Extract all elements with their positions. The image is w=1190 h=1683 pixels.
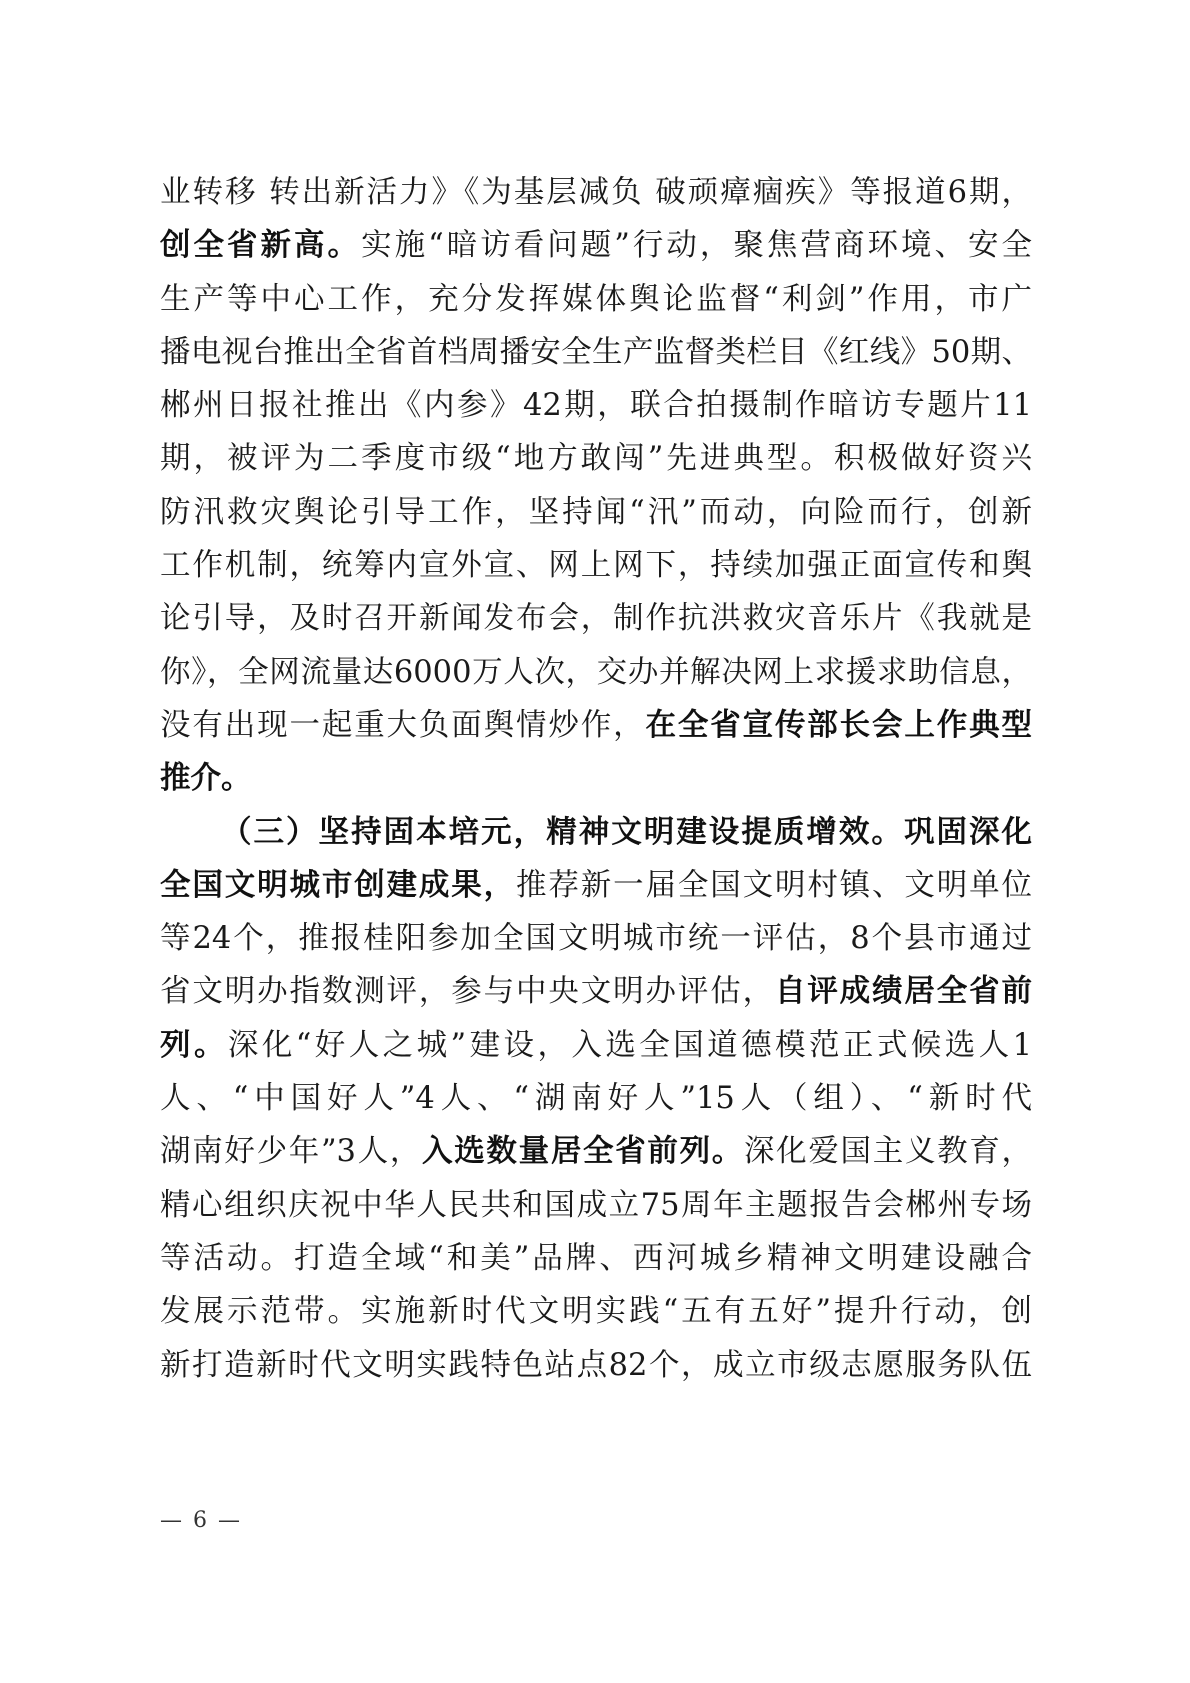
text-line: 全国文明城市创建成果，推荐新一届全国文明村镇、文明单位 <box>160 859 1032 912</box>
text-run: 生产等中心工作，充分发挥媒体舆论监督“利剑”作用，市广 <box>160 282 1032 317</box>
text-run: 推荐新一届全国文明村镇、文明单位 <box>516 868 1032 903</box>
bold-text-run: 列。 <box>160 1028 228 1063</box>
text-run: 等活动。打造全域“和美”品牌、西河城乡精神文明建设融合 <box>160 1241 1032 1276</box>
bold-text-run: 创全省新高。 <box>160 228 361 263</box>
text-line: 生产等中心工作，充分发挥媒体舆论监督“利剑”作用，市广 <box>160 273 1032 326</box>
text-line: 湖南好少年”3人，入选数量居全省前列。深化爱国主义教育， <box>160 1125 1032 1178</box>
text-line: 推介。 <box>160 752 1032 805</box>
bold-text-run: 入选数量居全省前列。 <box>422 1134 744 1169</box>
text-line: 论引导，及时召开新闻发布会，制作抗洪救灾音乐片《我就是 <box>160 592 1032 645</box>
text-line: 等活动。打造全域“和美”品牌、西河城乡精神文明建设融合 <box>160 1232 1032 1285</box>
text-line: 期，被评为二季度市级“地方敢闯”先进典型。积极做好资兴 <box>160 432 1032 485</box>
text-run: 湖南好少年”3人， <box>160 1134 422 1169</box>
bold-text-run: 全国文明城市创建成果， <box>160 868 516 903</box>
text-line: 发展示范带。实施新时代文明实践“五有五好”提升行动，创 <box>160 1285 1032 1338</box>
text-run: 播电视台推出全省首档周播安全生产监督类栏目《红线》50期、 <box>160 335 1032 370</box>
text-line: 精心组织庆祝中华人民共和国成立75周年主题报告会郴州专场 <box>160 1179 1032 1232</box>
text-line: 等24个，推报桂阳参加全国文明城市统一评估，8个县市通过 <box>160 912 1032 965</box>
text-run: 实施“暗访看问题”行动，聚焦营商环境、安全 <box>361 228 1032 263</box>
text-run: 郴州日报社推出《内参》42期，联合拍摄制作暗访专题片11 <box>160 388 1032 423</box>
text-line: 列。深化“好人之城”建设，入选全国道德模范正式候选人1 <box>160 1019 1032 1072</box>
text-run: 没有出现一起重大负面舆情炒作， <box>160 708 645 743</box>
text-run: 省文明办指数测评，参与中央文明办评估， <box>160 974 775 1009</box>
text-run: 业转移 转出新活力》《为基层减负 破顽瘴痼疾》等报道6期， <box>160 175 1032 210</box>
text-run: 深化“好人之城”建设，入选全国道德模范正式候选人1 <box>228 1028 1032 1063</box>
text-line: 你》，全网流量达6000万人次，交办并解决网上求援求助信息， <box>160 646 1032 699</box>
text-line: 省文明办指数测评，参与中央文明办评估，自评成绩居全省前 <box>160 965 1032 1018</box>
text-run: 你》，全网流量达6000万人次，交办并解决网上求援求助信息， <box>160 655 1032 690</box>
text-line: 新打造新时代文明实践特色站点82个，成立市级志愿服务队伍 <box>160 1339 1032 1392</box>
page-number: — 6 — <box>160 1508 242 1533</box>
text-run: 精心组织庆祝中华人民共和国成立75周年主题报告会郴州专场 <box>160 1188 1032 1223</box>
text-run: 深化爱国主义教育， <box>744 1134 1032 1169</box>
bold-text-run: 在全省宣传部长会上作典型 <box>645 708 1032 743</box>
text-line: 播电视台推出全省首档周播安全生产监督类栏目《红线》50期、 <box>160 326 1032 379</box>
text-run: 等24个，推报桂阳参加全国文明城市统一评估，8个县市通过 <box>160 921 1032 956</box>
text-run: 防汛救灾舆论引导工作，坚持闻“汛”而动，向险而行，创新 <box>160 495 1032 530</box>
text-line: 创全省新高。实施“暗访看问题”行动，聚焦营商环境、安全 <box>160 219 1032 272</box>
text-run: 工作机制，统筹内宣外宣、网上网下，持续加强正面宣传和舆 <box>160 548 1032 583</box>
text-line: 没有出现一起重大负面舆情炒作，在全省宣传部长会上作典型 <box>160 699 1032 752</box>
bold-text-run: 自评成绩居全省前 <box>775 974 1032 1009</box>
section-heading: （三）坚持固本培元，精神文明建设提质增效。 <box>221 815 904 850</box>
text-line: 业转移 转出新活力》《为基层减负 破顽瘴痼疾》等报道6期， <box>160 166 1032 219</box>
text-run: 人、“中国好人”4人、“湖南好人”15人（组）、“新时代 <box>160 1081 1032 1116</box>
text-run: 论引导，及时召开新闻发布会，制作抗洪救灾音乐片《我就是 <box>160 601 1032 636</box>
document-body: 业转移 转出新活力》《为基层减负 破顽瘴痼疾》等报道6期， 创全省新高。实施“暗… <box>160 166 1032 1392</box>
text-run: 期，被评为二季度市级“地方敢闯”先进典型。积极做好资兴 <box>160 441 1032 476</box>
text-run: 新打造新时代文明实践特色站点82个，成立市级志愿服务队伍 <box>160 1348 1032 1383</box>
bold-text-run: 巩固深化 <box>904 815 1032 850</box>
text-run: 发展示范带。实施新时代文明实践“五有五好”提升行动，创 <box>160 1294 1032 1329</box>
text-line: 郴州日报社推出《内参》42期，联合拍摄制作暗访专题片11 <box>160 379 1032 432</box>
text-line: 防汛救灾舆论引导工作，坚持闻“汛”而动，向险而行，创新 <box>160 486 1032 539</box>
bold-text-run: 推介。 <box>160 761 252 796</box>
section-heading-line: （三）坚持固本培元，精神文明建设提质增效。巩固深化 <box>160 806 1032 859</box>
text-line: 工作机制，统筹内宣外宣、网上网下，持续加强正面宣传和舆 <box>160 539 1032 592</box>
text-line: 人、“中国好人”4人、“湖南好人”15人（组）、“新时代 <box>160 1072 1032 1125</box>
